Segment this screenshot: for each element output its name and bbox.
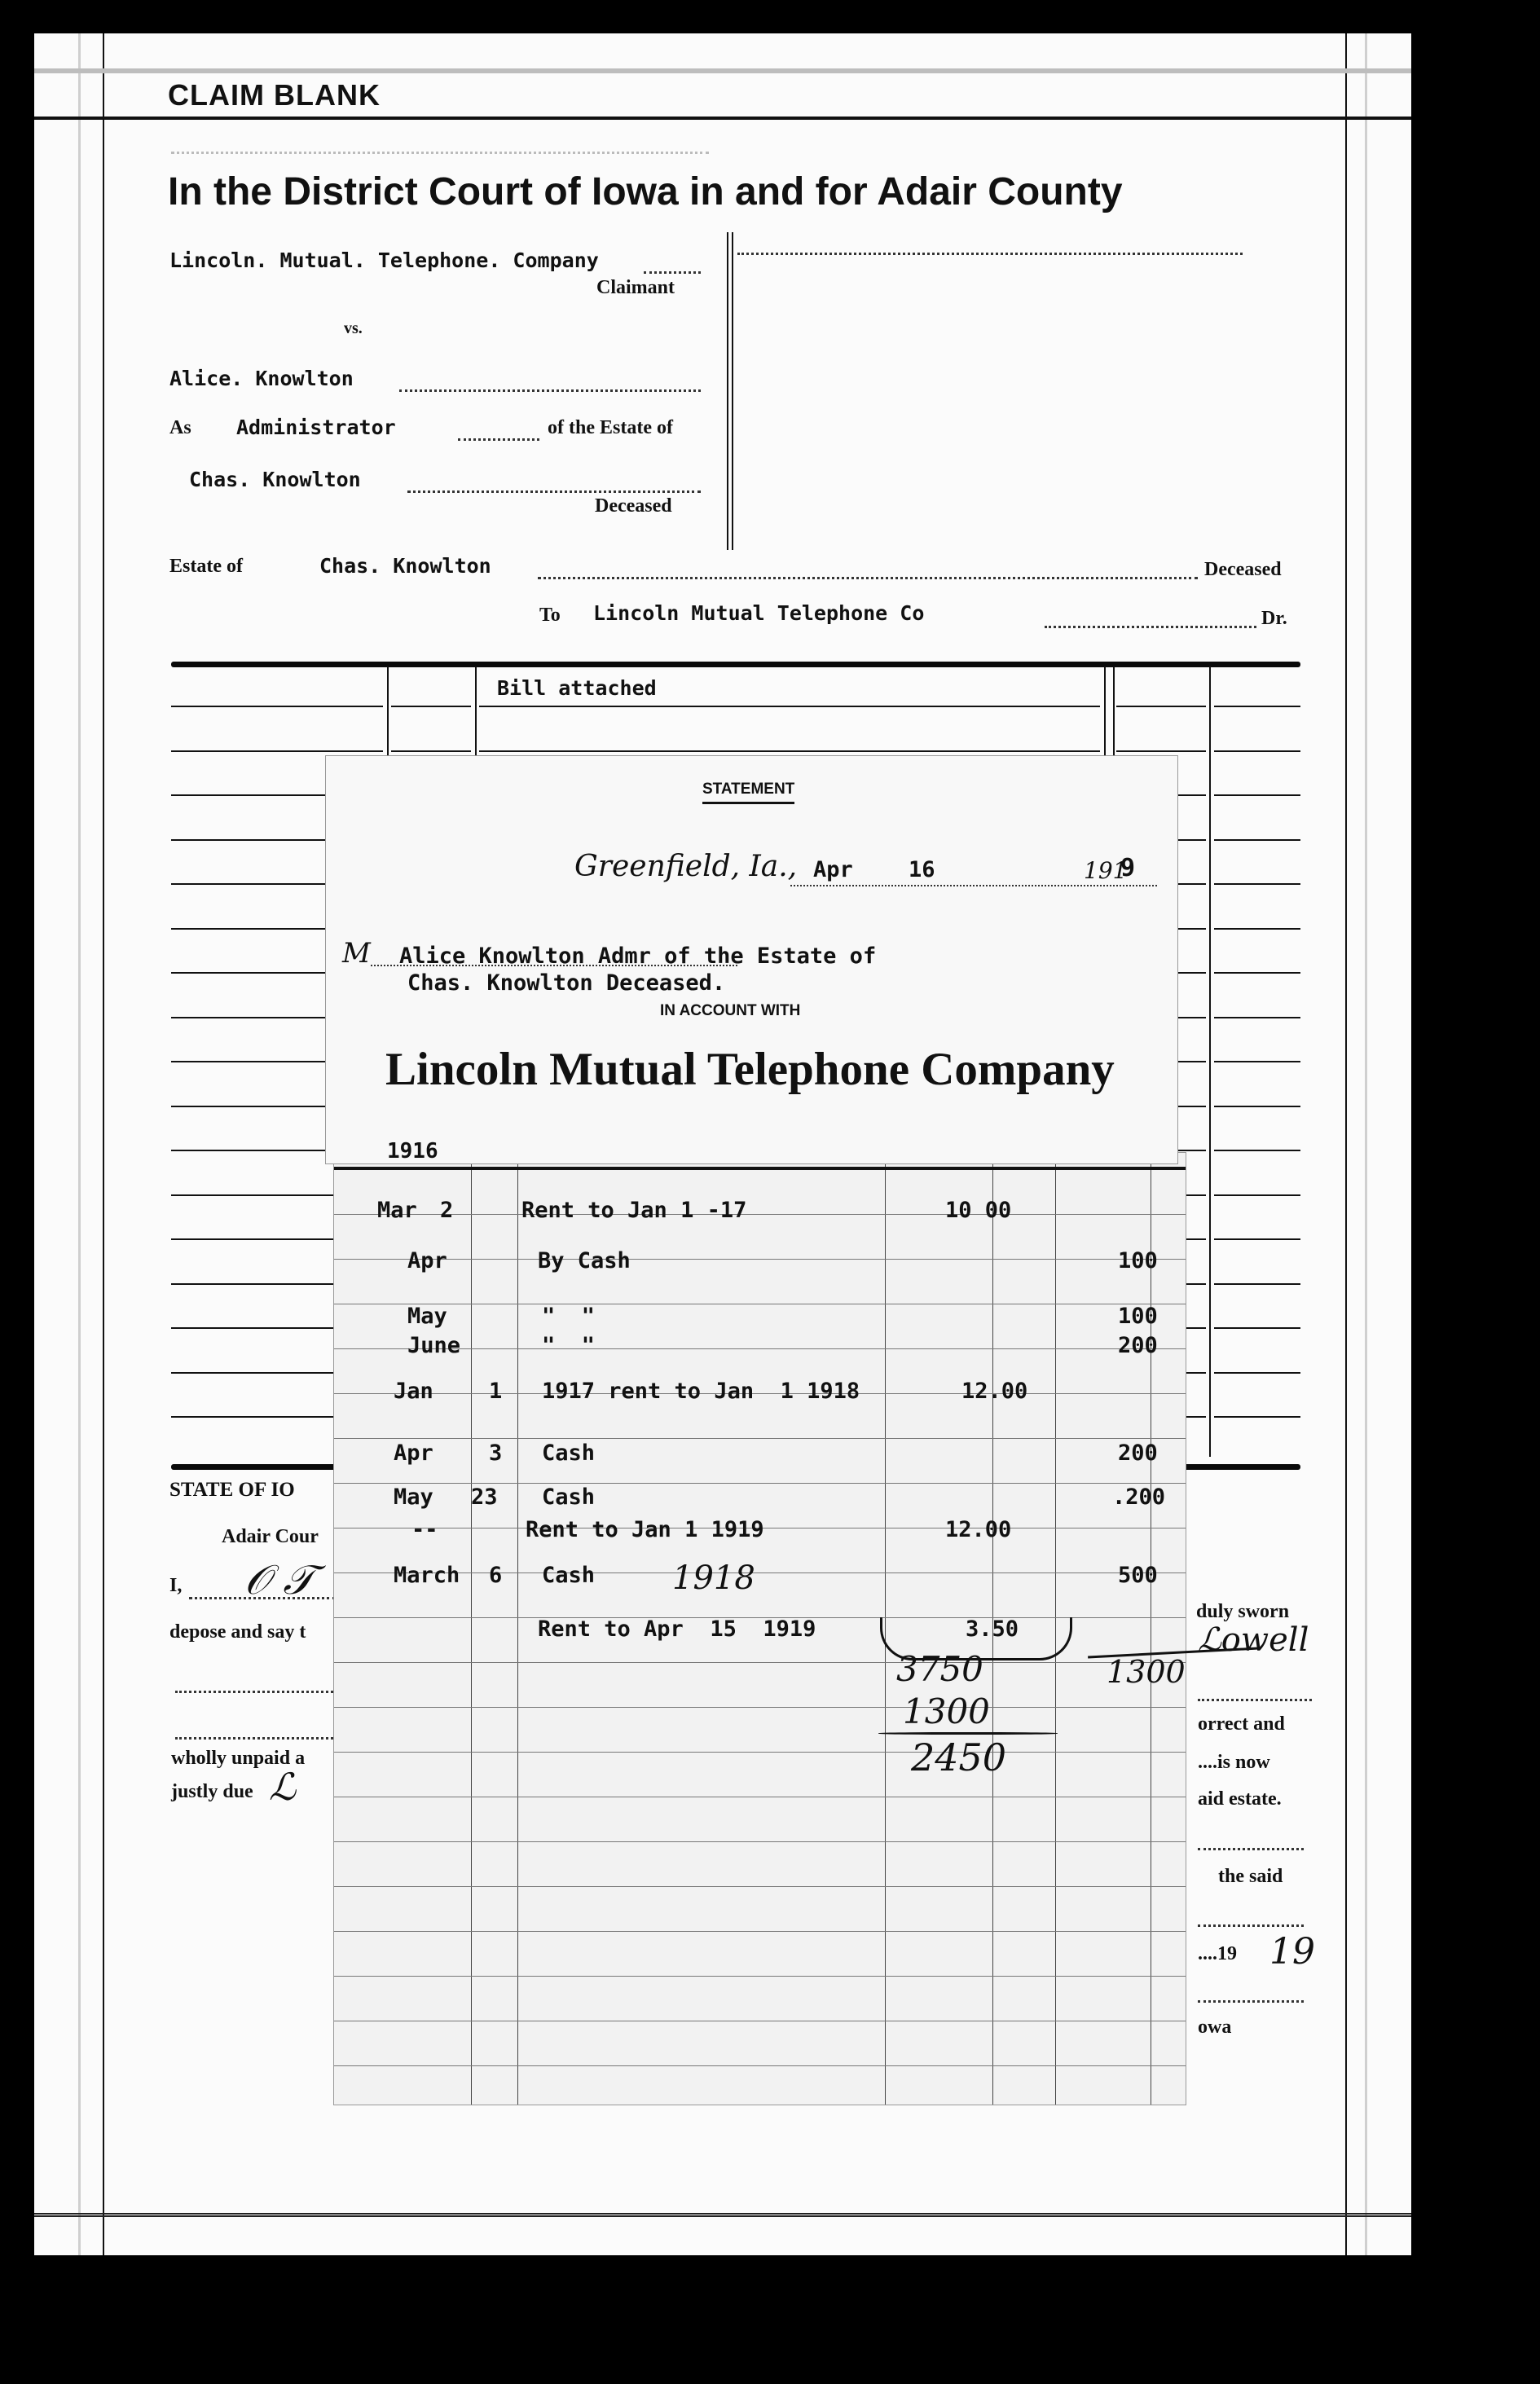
bill-table-rule xyxy=(1214,1017,1300,1018)
ledger-month: -- xyxy=(411,1517,438,1542)
bill-table-rule xyxy=(171,750,383,752)
ledger-row-line xyxy=(334,1886,1186,1887)
ledger-credit: .200 xyxy=(1112,1485,1165,1510)
ledger-row-line xyxy=(334,1483,1186,1484)
ledger-description: Rent to Jan 1 1919 xyxy=(526,1517,764,1542)
bill-table-rule xyxy=(1214,839,1300,841)
ledger-row-line xyxy=(334,1931,1186,1932)
bottom-rule xyxy=(34,2213,1411,2217)
right-margin-line xyxy=(1345,33,1347,2255)
ledger-row-line xyxy=(334,1304,1186,1304)
ledger-header-rule xyxy=(334,1167,1186,1170)
ledger-row-line xyxy=(334,1259,1186,1260)
ledger-description: Cash xyxy=(542,1563,595,1588)
bill-table-rule xyxy=(1116,750,1206,752)
ledger-row-line xyxy=(334,2021,1186,2021)
handwritten-balance: 2450 xyxy=(911,1735,1006,1779)
ledger-debit: 12.00 xyxy=(961,1379,1027,1404)
statement-date-month: Apr xyxy=(813,857,853,882)
to-label: To xyxy=(539,605,561,627)
header-rule xyxy=(34,117,1411,120)
affidavit-signature-scribble: 𝒪 𝒯 xyxy=(244,1556,315,1604)
ledger-description: 1917 rent to Jan 1 1918 xyxy=(542,1379,860,1404)
affidavit-right-signature: ℒowell xyxy=(1198,1621,1309,1659)
caption-divider-2 xyxy=(732,232,733,550)
affidavit-the-said: the said xyxy=(1218,1866,1283,1888)
handwritten-paid: 1300 xyxy=(903,1691,990,1731)
affidavit-state: STATE OF IO xyxy=(169,1479,295,1502)
ledger-credit: 200 xyxy=(1118,1441,1158,1466)
ledger-month: Apr xyxy=(407,1248,447,1273)
affidavit-right-dots-4 xyxy=(1198,2000,1304,2003)
affidavit-i: I, xyxy=(169,1575,182,1597)
deceased-dots xyxy=(407,490,701,493)
ledger-row-line xyxy=(334,1662,1186,1663)
statement-addressee-2: Chas. Knowlton Deceased. xyxy=(407,970,725,996)
claimant-value: Lincoln. Mutual. Telephone. Company xyxy=(169,249,599,272)
ledger-month: June xyxy=(407,1333,460,1358)
ledger-description: Rent to Apr 15 1919 xyxy=(538,1616,816,1642)
top-gray-rule xyxy=(34,68,1411,73)
bill-col-divider-5 xyxy=(1209,666,1211,1457)
form-header: CLAIM BLANK xyxy=(168,78,381,112)
date-dots xyxy=(790,885,1157,886)
to-suffix: Dr. xyxy=(1261,608,1287,630)
affidavit-dots-1 xyxy=(175,1691,338,1693)
bill-table-rule xyxy=(1214,1416,1300,1418)
ledger-month: Mar xyxy=(377,1198,417,1223)
faint-dotted-line xyxy=(171,152,709,154)
affidavit-correct: orrect and xyxy=(1198,1713,1285,1735)
bill-table-rule xyxy=(1214,794,1300,796)
ledger-month: Apr xyxy=(394,1441,433,1466)
handwritten-year-1918: 1918 xyxy=(672,1559,755,1597)
bill-table-top-rule xyxy=(171,662,1300,667)
left-margin-line xyxy=(103,33,104,2255)
ledger-debit: 12.00 xyxy=(945,1517,1011,1542)
bill-table-rule xyxy=(1214,706,1300,707)
claimant-dots xyxy=(644,271,701,274)
as-label: As xyxy=(169,417,191,439)
affidavit-right-dots-2 xyxy=(1198,1848,1304,1850)
handwritten-subtotal-rule xyxy=(878,1732,1058,1735)
bill-table-rule xyxy=(171,706,383,707)
bill-table-rule xyxy=(1214,972,1300,974)
affidavit-duly-sworn: duly sworn xyxy=(1196,1601,1289,1623)
ledger-row-line xyxy=(334,1348,1186,1349)
bill-table-rule xyxy=(479,706,1100,707)
ledger-day: 23 xyxy=(471,1485,498,1510)
ledger-col-credit-cents xyxy=(1151,1153,1151,2105)
statement-addressee-1: Alice Knowlton Admr of the Estate of xyxy=(399,943,876,969)
claimant-label: Claimant xyxy=(596,277,675,299)
affidavit-year-handwritten: 19 xyxy=(1269,1931,1315,1973)
ledger-row-line xyxy=(334,1214,1186,1215)
affidavit-right-dots-3 xyxy=(1198,1924,1304,1927)
ledger-month: Jan xyxy=(394,1379,433,1404)
ledger-row-line xyxy=(334,1752,1186,1753)
defendant-dots xyxy=(399,389,701,392)
affidavit-right-dots-1 xyxy=(1198,1699,1312,1701)
affidavit-iowa: owa xyxy=(1198,2017,1231,2039)
ledger-description: " " xyxy=(542,1304,595,1329)
handwritten-bracket xyxy=(880,1617,1072,1660)
estate-line-value: Chas. Knowlton xyxy=(319,554,491,578)
bill-table-rule xyxy=(479,750,1100,752)
ledger-col-desc xyxy=(517,1153,518,2105)
ledger-row-line xyxy=(334,1976,1186,1977)
vs-label: vs. xyxy=(344,319,363,338)
bill-table-rule xyxy=(1214,928,1300,930)
bill-table-rule xyxy=(1214,1327,1300,1329)
statement-in-account-with: IN ACCOUNT WITH xyxy=(660,1002,800,1020)
ledger-credit: 200 xyxy=(1118,1333,1158,1358)
ledger-row-line xyxy=(334,2065,1186,2066)
estate-line-label: Estate of xyxy=(169,556,243,578)
affidavit-dots-2 xyxy=(175,1737,338,1740)
as-dots xyxy=(458,438,539,441)
statement-company: Lincoln Mutual Telephone Company xyxy=(385,1043,1115,1096)
right-caption-dots xyxy=(737,253,1243,255)
bill-table-rule xyxy=(1214,883,1300,885)
ledger-credit: 100 xyxy=(1118,1304,1158,1329)
bill-table-rule xyxy=(391,750,471,752)
statement-year-suffix: 9 xyxy=(1120,854,1135,882)
to-dots xyxy=(1045,626,1256,628)
affidavit-estate: aid estate. xyxy=(1198,1788,1282,1810)
defendant-value: Alice. Knowlton xyxy=(169,367,354,390)
statement-sheet: STATEMENT Greenfield, Ia., Apr 16 191 9 … xyxy=(326,756,1177,1163)
ledger-row-line xyxy=(334,1438,1186,1439)
bill-table-rule xyxy=(1214,1238,1300,1240)
ledger-day: 6 xyxy=(489,1563,502,1588)
statement-title: STATEMENT xyxy=(702,781,794,804)
affidavit-justly: justly due xyxy=(171,1781,253,1803)
ledger-row-line xyxy=(334,1707,1186,1708)
ledger-debit: 10 00 xyxy=(945,1198,1011,1223)
bill-table-rule xyxy=(391,706,471,707)
right-margin-gray-line xyxy=(1365,33,1367,2255)
to-value: Lincoln Mutual Telephone Co xyxy=(593,601,924,625)
ledger-month: May xyxy=(407,1304,447,1329)
court-title: In the District Court of Iowa in and for… xyxy=(168,169,1123,214)
affidavit-depose: depose and say t xyxy=(169,1621,306,1643)
bill-table-rule xyxy=(1214,1372,1300,1374)
estate-line-suffix: Deceased xyxy=(1204,559,1282,581)
ledger-credit: 100 xyxy=(1118,1248,1158,1273)
statement-year-heading: 1916 xyxy=(387,1139,438,1163)
affidavit-year: ....19 xyxy=(1198,1943,1237,1965)
bill-entry: Bill attached xyxy=(497,676,657,700)
ledger-row-line xyxy=(334,1797,1186,1797)
estate-line-dots xyxy=(538,577,1198,579)
ledger-description: Cash xyxy=(542,1441,595,1466)
ledger-row-line xyxy=(334,1841,1186,1842)
statement-date-day: 16 xyxy=(909,857,935,882)
ledger-description: By Cash xyxy=(538,1248,631,1273)
statement-m-prefix: M xyxy=(342,937,371,970)
bill-table-rule xyxy=(1214,1061,1300,1062)
ledger-month: May xyxy=(394,1485,433,1510)
affidavit-county: Adair Cour xyxy=(222,1526,319,1548)
bill-table-rule xyxy=(1214,1194,1300,1196)
ledger-col-day xyxy=(471,1153,472,2105)
bill-table-rule xyxy=(1214,1150,1300,1151)
bill-table-rule xyxy=(1214,1283,1300,1285)
justly-due-scribble: ℒ xyxy=(269,1765,296,1809)
deceased-label: Deceased xyxy=(595,495,672,517)
estate-of-label: of the Estate of xyxy=(548,417,673,439)
statement-place: Greenfield, Ia., xyxy=(574,850,797,883)
bill-table-rule xyxy=(1116,706,1206,707)
ledger-day: 1 xyxy=(489,1379,502,1404)
ledger-description: Cash xyxy=(542,1485,595,1510)
ledger-description: Rent to Jan 1 -17 xyxy=(521,1198,746,1223)
bill-table-rule xyxy=(1214,750,1300,752)
ledger-month: March xyxy=(394,1563,460,1588)
ledger-description: " " xyxy=(542,1333,595,1358)
left-margin-gray-line xyxy=(78,33,81,2255)
affidavit-is-now: ....is now xyxy=(1198,1752,1270,1774)
ledger-day: 2 xyxy=(440,1198,453,1223)
caption-divider-1 xyxy=(727,232,728,550)
as-value: Administrator xyxy=(236,416,396,439)
ledger-credit: 500 xyxy=(1118,1563,1158,1588)
handwritten-side-amount: 1300 xyxy=(1107,1654,1186,1690)
ledger-row-line xyxy=(334,1572,1186,1573)
bill-table-rule xyxy=(1214,1106,1300,1107)
deceased-value: Chas. Knowlton xyxy=(189,468,361,491)
ledger-day: 3 xyxy=(489,1441,502,1466)
